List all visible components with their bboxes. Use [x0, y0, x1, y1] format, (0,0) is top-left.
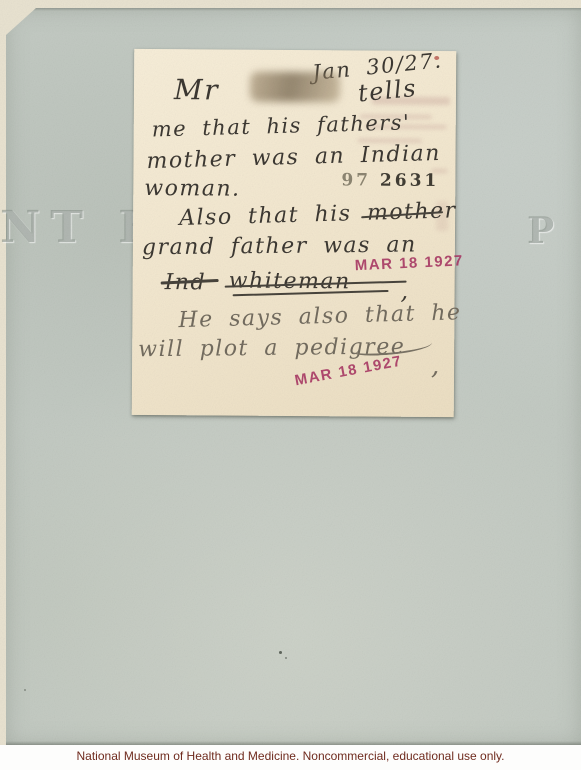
comma-mark: , [431, 351, 441, 381]
scan-page: NT B P Jan 30/27. Mr tells me that his f… [0, 0, 581, 770]
caption-text: National Museum of Health and Medicine. … [77, 749, 505, 763]
accession-number-stamp: 97 2631 [341, 170, 439, 191]
board-top-edge [6, 8, 581, 11]
note-line: mother was an Indian [146, 141, 441, 174]
dust-speck [24, 689, 26, 691]
dust-speck [285, 657, 287, 659]
note-line: woman. [144, 176, 240, 202]
note-salutation: Mr [174, 73, 219, 106]
comma-mark: , [401, 277, 410, 305]
date-stamp: MAR 18 1927 [354, 252, 464, 274]
caption-bar: National Museum of Health and Medicine. … [0, 745, 581, 770]
note-line: me that his fathers' [151, 110, 410, 141]
handwritten-note: Jan 30/27. Mr tells me that his fathers'… [132, 49, 457, 417]
dust-speck [279, 651, 282, 654]
accession-number-dark: 2631 [380, 171, 439, 191]
redacted-name-blur [250, 72, 340, 103]
accession-number-faded: 97 [341, 170, 371, 190]
note-line: He says also that he [178, 300, 462, 333]
embossed-watermark-right: P [527, 210, 564, 252]
note-line-tells: tells [357, 74, 418, 108]
